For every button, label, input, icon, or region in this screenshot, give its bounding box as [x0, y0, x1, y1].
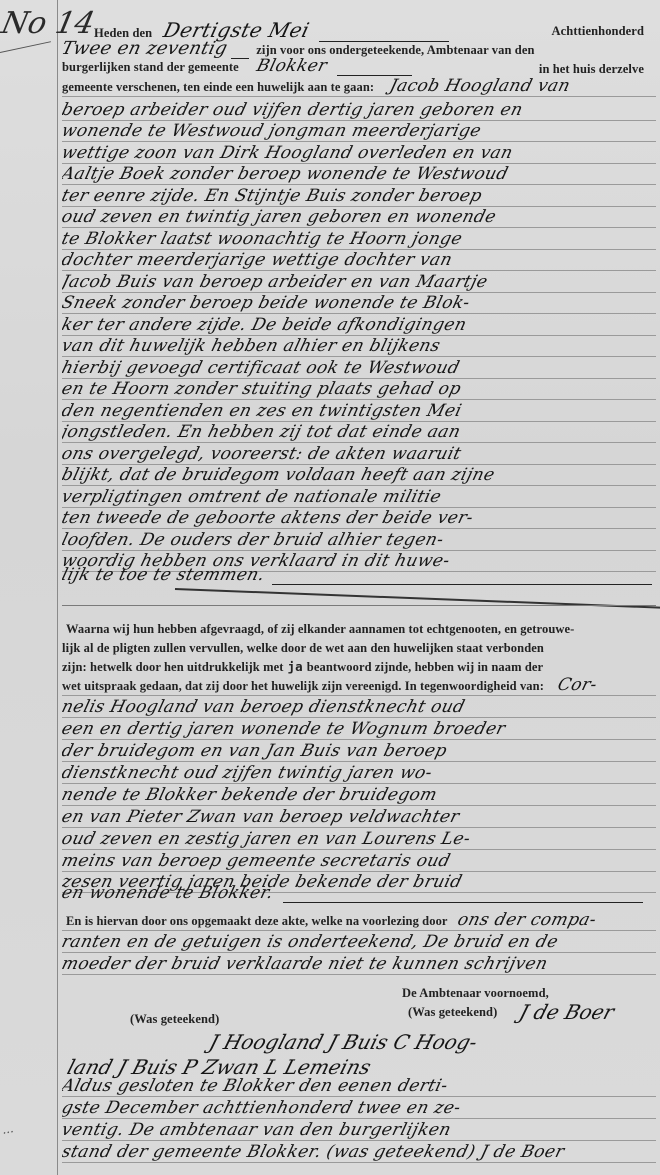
handwritten-text: ten tweede de geboorte aktens der beide …: [62, 508, 475, 528]
groom-name: Jacob Hoogland van: [388, 76, 573, 96]
printed-text: Waarna wij hun hebben afgevraagd, of zij…: [66, 622, 574, 636]
margin-rule: [57, 0, 58, 1175]
handwritten-text: wettige zoon van Dirk Hoogland overleden…: [62, 143, 515, 163]
closing-line-3: moeder der bruid verklaarde niet te kunn…: [62, 954, 656, 978]
handwritten-text: van dit huwelijk hebben alhier en blijke…: [62, 336, 443, 356]
printed-text: zijn: hetwelk door hen uitdrukkelijk met: [62, 660, 284, 674]
handwritten-text: blijkt, dat de bruidegom voldaan heeft a…: [62, 465, 497, 485]
printed-text: beantwoord zijnde, hebben wij in naam de…: [307, 660, 543, 674]
handwritten-text: nelis Hoogland van beroep dienstknecht o…: [62, 697, 467, 717]
header-print-registry: burgerlijken stand der gemeente: [62, 60, 239, 74]
margin-note: ...: [1, 1121, 15, 1137]
body-line: van dit huwelijk hebben alhier en blijke…: [62, 336, 656, 360]
certification-line: Aldus gesloten te Blokker den eenen dert…: [62, 1076, 656, 1100]
fill-line: [283, 900, 643, 903]
handwritten-text: dochter meerderjarige wettige dochter va…: [62, 250, 454, 270]
handwritten-text: Aaltje Boek zonder beroep wonende te Wes…: [62, 164, 510, 184]
header-print-appeared: gemeente verschenen, ten einde een huwel…: [62, 80, 374, 94]
printed-ja: ja: [288, 659, 303, 674]
header-print-house: in het huis derzelve: [539, 62, 644, 77]
body-line: oud zeven en twintig jaren geboren en wo…: [62, 207, 656, 231]
witness-line: oud zeven en zestig jaren en van Lourens…: [62, 829, 656, 853]
handwritten-text: Aldus gesloten te Blokker den eenen dert…: [62, 1076, 450, 1096]
witness-line: nende te Blokker bekende der bruidegom: [62, 785, 656, 809]
parties-was-signed: (Was geteekend): [130, 1012, 219, 1027]
handwritten-text: den negentienden en zes en twintigsten M…: [62, 401, 464, 421]
printed-text: lijk al de pligten zullen vervullen, wel…: [62, 641, 544, 655]
handwritten-text: oud zeven en zestig jaren en van Lourens…: [62, 829, 473, 849]
handwritten-text: nende te Blokker bekende der bruidegom: [62, 785, 439, 805]
witness-line: der bruidegom en van Jan Buis van beroep: [62, 741, 656, 765]
handwritten-text: ker ter andere zijde. De beide afkondigi…: [62, 315, 469, 335]
handwritten-text: ons overgelegd, vooreerst: de akten waar…: [62, 444, 463, 464]
handwritten-text: te Blokker laatst woonachtig te Hoorn jo…: [62, 229, 464, 249]
handwritten-text: beroep arbeider oud vijfen dertig jaren …: [62, 100, 525, 120]
witness-line: en van Pieter Zwan van beroep veldwachte…: [62, 807, 656, 831]
witness-line: nelis Hoogland van beroep dienstknecht o…: [62, 697, 656, 721]
municipality: Blokker: [254, 56, 329, 76]
body-line: ten tweede de geboorte aktens der beide …: [62, 508, 656, 532]
consent-line-4: wet uitspraak gedaan, dat zij door het h…: [62, 675, 656, 699]
handwritten-text: meins van beroep gemeente secretaris oud: [62, 851, 453, 871]
handwritten-text: dienstknecht oud zijfen twintig jaren wo…: [62, 763, 434, 783]
witness-line: een en dertig jaren wonende te Wognum br…: [62, 719, 656, 743]
handwritten-text: oud zeven en twintig jaren geboren en wo…: [62, 207, 498, 227]
document-page: No 14 ... Heden den Dertigste Mei Achtti…: [0, 0, 660, 1175]
body-line: jongstleden. En hebben zij tot dat einde…: [62, 422, 656, 446]
header-print-official: zijn voor ons ondergeteekende, Ambtenaar…: [256, 43, 534, 57]
handwritten-text: en wonende te Blokker.: [62, 883, 276, 903]
printed-text: wet uitspraak gedaan, dat zij door het h…: [62, 679, 544, 693]
handwritten-text: stand der gemeente Blokker. (was geteeke…: [62, 1142, 566, 1162]
handwritten-text: en van Pieter Zwan van beroep veldwachte…: [62, 807, 462, 827]
body-line: blijkt, dat de bruidegom voldaan heeft a…: [62, 465, 656, 489]
handwritten-text: der bruidegom en van Jan Buis van beroep: [62, 741, 449, 761]
record-number-underline: [0, 41, 51, 53]
body-line: en te Hoorn zonder stuiting plaats gehad…: [62, 379, 656, 403]
handwritten-text: gste December achttienhonderd twee en ze…: [62, 1098, 463, 1118]
parties-signatures-line-1: J Hoogland J Buis C Hoog-: [207, 1030, 481, 1054]
handwritten-text: moeder der bruid verklaarde niet te kunn…: [62, 954, 550, 974]
handwritten-text: ranten en de getuigen is onderteekend, D…: [62, 932, 560, 952]
handwritten-text: Jacob Buis van beroep arbeider en van Ma…: [62, 272, 490, 292]
witness-name-start: Cor-: [555, 675, 599, 695]
body-line: Aaltje Boek zonder beroep wonende te Wes…: [62, 164, 656, 188]
handwritten-text: lijk te toe te stemmen.: [62, 565, 267, 585]
certification-line: ventig. De ambtenaar van den burgerlijke…: [62, 1120, 656, 1144]
handwritten-text: hierbij gevoegd certificaat ook te Westw…: [62, 358, 462, 378]
body-line: dochter meerderjarige wettige dochter va…: [62, 250, 656, 274]
witness-line: en wonende te Blokker.: [62, 883, 656, 907]
handwritten-text: ons der compa-: [455, 910, 598, 930]
witness-line: dienstknecht oud zijfen twintig jaren wo…: [62, 763, 656, 787]
certification-line: gste December achttienhonderd twee en ze…: [62, 1098, 656, 1122]
certification-line: stand der gemeente Blokker. (was geteeke…: [62, 1142, 656, 1166]
handwritten-text: verpligtingen omtrent de nationale milit…: [62, 487, 443, 507]
handwritten-text: ventig. De ambtenaar van den burgerlijke…: [62, 1120, 453, 1140]
handwritten-text: Sneek zonder beroep beide wonende te Blo…: [62, 293, 472, 313]
official-label: De Ambtenaar voornoemd,: [402, 986, 549, 1001]
printed-text: En is hiervan door ons opgemaakt deze ak…: [66, 914, 448, 928]
official-was-signed: (Was geteekend): [408, 1005, 497, 1020]
closing-line-1: En is hiervan door ons opgemaakt deze ak…: [62, 910, 656, 934]
handwritten-text: ter eenre zijde. En Stijntje Buis zonder…: [62, 186, 484, 206]
handwritten-text: jongstleden. En hebben zij tot dat einde…: [62, 422, 463, 442]
handwritten-text: loofden. De ouders der bruid alhier tege…: [62, 530, 446, 550]
closing-line-2: ranten en de getuigen is onderteekend, D…: [62, 932, 656, 956]
body-line: wonende te Westwoud jongman meerderjarig…: [62, 121, 656, 145]
section-divider: [62, 605, 656, 606]
fill-line: [272, 582, 652, 585]
body-line: lijk te toe te stemmen.: [62, 565, 656, 589]
official-signature: J de Boer: [517, 1000, 617, 1024]
header-line-4: gemeente verschenen, ten einde een huwel…: [62, 76, 656, 100]
handwritten-text: en te Hoorn zonder stuiting plaats gehad…: [62, 379, 463, 399]
body-line: Sneek zonder beroep beide wonende te Blo…: [62, 293, 656, 317]
handwritten-text: wonende te Westwoud jongman meerderjarig…: [62, 121, 483, 141]
handwritten-text: een en dertig jaren wonende te Wognum br…: [62, 719, 508, 739]
header-print-century: Achttienhonderd: [552, 24, 644, 39]
